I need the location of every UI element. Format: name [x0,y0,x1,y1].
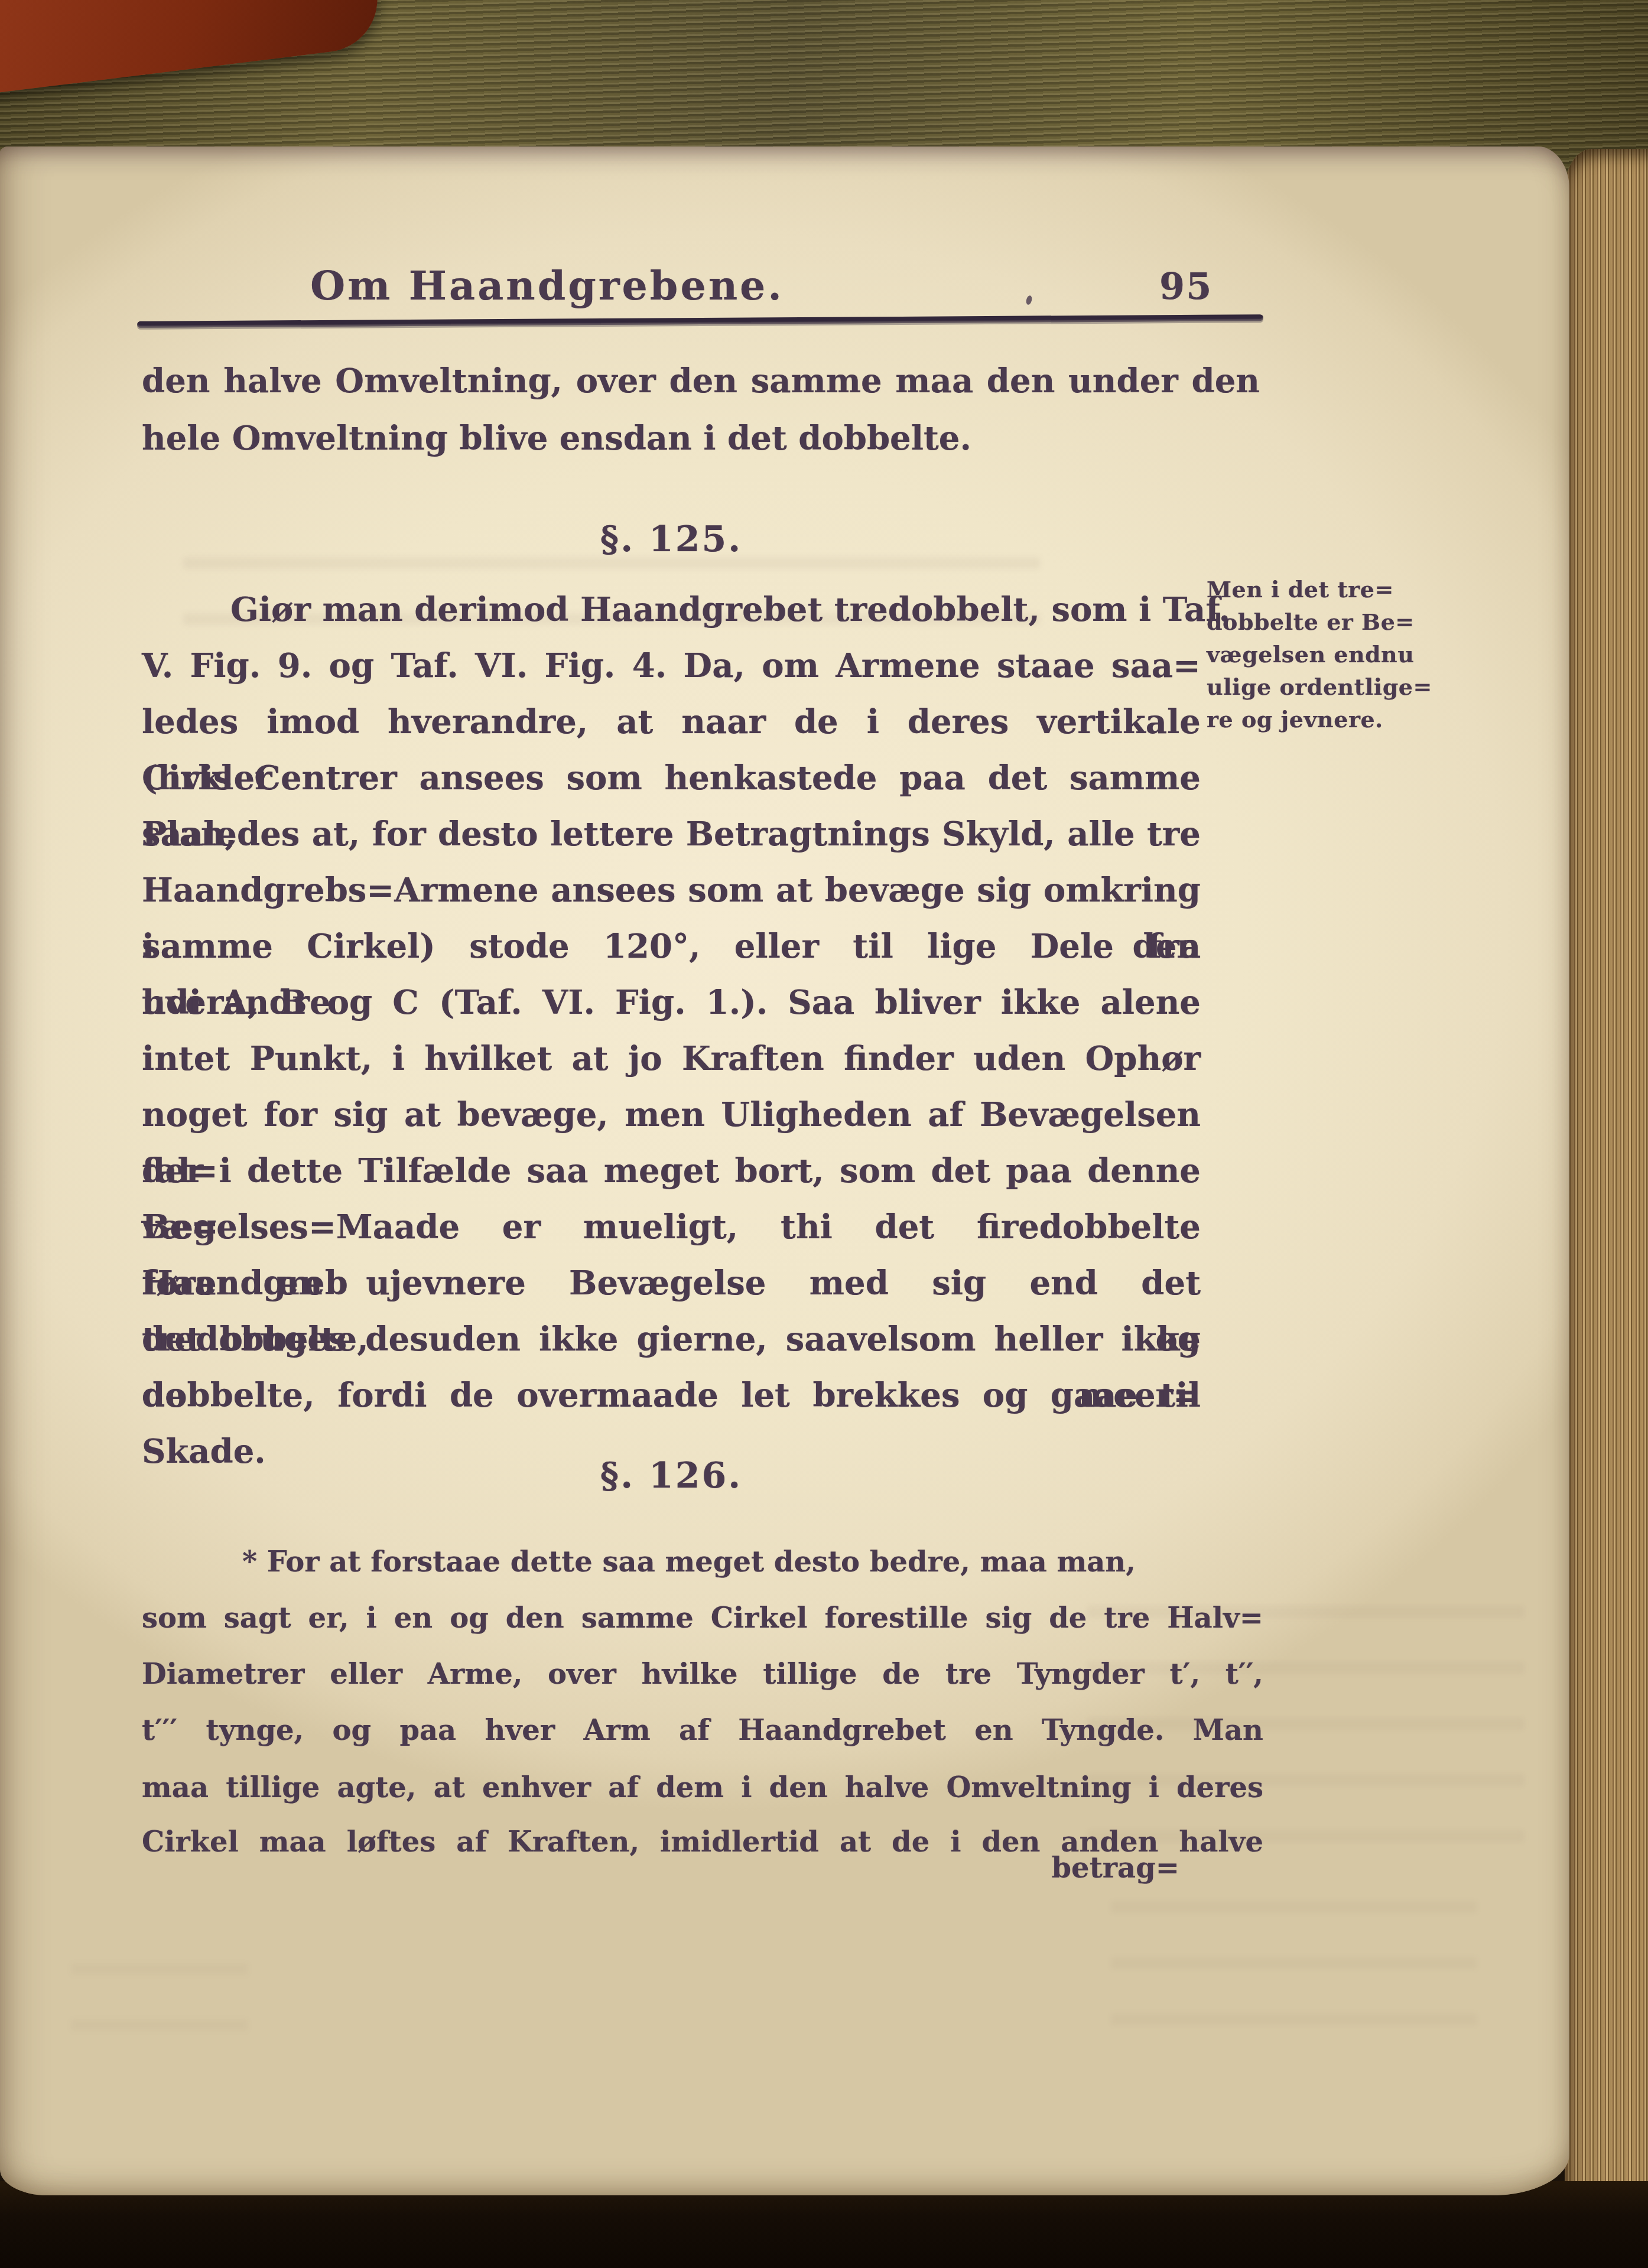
ink-speck [1025,295,1033,305]
body-line: samme Cirkel) stode 120°, eller til lige… [142,919,1201,975]
header-rule [137,314,1263,328]
margin-note-line: Men i det tre= [1207,573,1408,606]
catchword: betrag= [142,1852,1179,1885]
footnote-line: * For at forstaae dette saa meget desto … [142,1535,1263,1590]
running-header: Om Haandgrebene. [310,262,784,310]
page-stack-fore-edge [1565,149,1648,2212]
margin-note-line: vægelsen endnu [1207,638,1408,671]
body-line: V. Fig. 9. og Taf. VI. Fig. 4. Da, om Ar… [142,638,1201,694]
margin-note-line: ulige ordentlige= [1207,671,1408,703]
page-number: 95 [1159,265,1213,308]
section-heading-126: §. 126. [142,1455,1201,1496]
margin-note-line: dobbelte er Be= [1207,606,1408,638]
body-line: (hvis Centrer ansees som henkastede paa … [142,750,1201,806]
footnote-line: t′′′ tynge, og paa hver Arm af Haandgreb… [142,1703,1263,1758]
intro-line: hele Omveltning blive ensdan i det dobbe… [142,411,1260,467]
body-line: Haandgrebs=Armene ansees som at bevæge s… [142,863,1201,919]
scanned-book-photo: Om Haandgrebene. 95 den halve Omveltning… [0,0,1648,2268]
bleedthrough-smudge [1111,1889,1477,2025]
footnote-line: som sagt er, i en og den samme Cirkel fo… [142,1591,1263,1646]
body-line: det bruges desuden ikke gierne, saavelso… [142,1312,1201,1368]
body-line: Giør man derimod Haandgrebet tredobbelt,… [142,582,1201,638]
intro-line: den halve Omveltning, over den samme maa… [142,353,1260,409]
body-line: intet Punkt, i hvilket at jo Kraften fin… [142,1031,1201,1087]
body-line: ledes imod hverandre, at naar de i deres… [142,694,1201,750]
margin-note: Men i det tre= dobbelte er Be= vægelsen … [1207,573,1408,736]
footnote-line: Diametrer eller Arme, over hvilke tillig… [142,1647,1263,1702]
body-line: udi A, B og C (Taf. VI. Fig. 1.). Saa bl… [142,975,1201,1031]
book-page: Om Haandgrebene. 95 den halve Omveltning… [0,147,1569,2195]
section-heading-125: §. 125. [142,519,1201,560]
bleedthrough-smudge [71,1948,248,2031]
body-line: vægelses=Maade er mueligt, thi det fired… [142,1199,1201,1255]
body-line: saaledes at, for desto lettere Betragtni… [142,806,1201,863]
margin-note-line: re og jevnere. [1207,703,1408,736]
body-line: noget for sig at bevæge, men Uligheden a… [142,1087,1201,1143]
body-line: fører en ujevnere Bevægelse med sig end … [142,1255,1201,1312]
body-line: dobbelte, fordi de overmaade let brekkes… [142,1368,1201,1424]
body-line: der i dette Tilfælde saa meget bort, som… [142,1143,1201,1199]
footnote-line: maa tillige agte, at enhver af dem i den… [142,1761,1263,1815]
